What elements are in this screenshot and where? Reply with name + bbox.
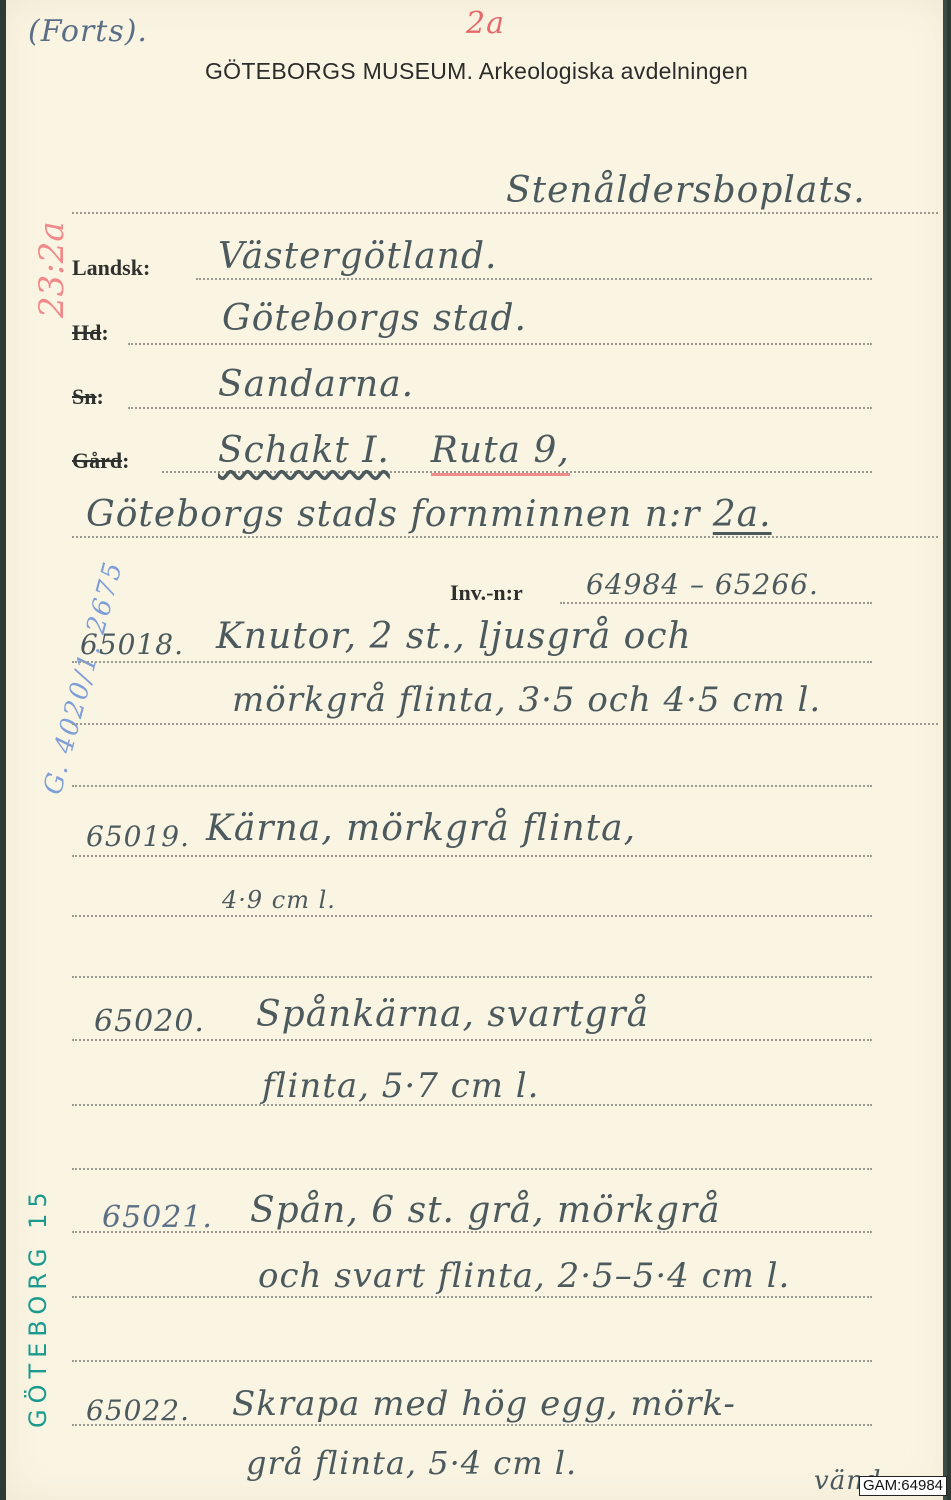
entry-line: Spån, 6 st. grå, mörkgrå bbox=[250, 1190, 721, 1231]
dotted-line bbox=[128, 407, 872, 409]
side-blue-note: G. 4020/1. 2675 bbox=[38, 558, 129, 798]
dotted-line bbox=[196, 278, 872, 280]
sn-value: Sandarna. bbox=[218, 364, 414, 405]
dotted-line bbox=[72, 1296, 872, 1298]
hd-value: Göteborgs stad. bbox=[222, 298, 527, 339]
museum-header: GÖTEBORGS MUSEUM. Arkeologiska avdelning… bbox=[6, 58, 947, 85]
dotted-line bbox=[72, 536, 938, 538]
entry-line: Spånkärna, svartgrå bbox=[256, 994, 649, 1035]
hd-label: Hd: bbox=[72, 320, 109, 346]
landsk-value: Västergötland. bbox=[218, 236, 497, 277]
gard-label-text: Gård bbox=[72, 448, 122, 473]
sn-label-text: Sn bbox=[72, 384, 96, 409]
entry-line: flinta, 5·7 cm l. bbox=[262, 1066, 539, 1106]
dotted-line bbox=[72, 915, 872, 917]
gard-value-schakt: Schakt I. bbox=[218, 430, 390, 471]
reference-line-number: 2a. bbox=[713, 494, 772, 535]
dotted-line bbox=[72, 1360, 872, 1362]
page-marker: 2a bbox=[466, 6, 505, 41]
dotted-line bbox=[72, 855, 872, 857]
gard-value-ruta: Ruta 9, bbox=[431, 430, 570, 476]
entry-line: Knutor, 2 st., ljusgrå och bbox=[216, 616, 692, 657]
dotted-line bbox=[72, 1424, 872, 1426]
dotted-line bbox=[72, 976, 872, 978]
city-stamp: GÖTEBORG 15 bbox=[24, 1186, 52, 1428]
dotted-line bbox=[72, 785, 872, 787]
entry-line: Skrapa med hög egg, mörk- bbox=[232, 1384, 736, 1424]
reference-line: Göteborgs stads fornminnen n:r 2a. bbox=[86, 494, 772, 535]
gard-label: Gård: bbox=[72, 448, 129, 474]
entry-number: 65020. bbox=[94, 1004, 205, 1039]
entry-line: mörkgrå flinta, 3·5 och 4·5 cm l. bbox=[232, 680, 821, 720]
inv-label: Inv.-n:r bbox=[450, 580, 523, 606]
dotted-line bbox=[72, 1039, 872, 1041]
dotted-line bbox=[72, 212, 938, 214]
entry-number: 65019. bbox=[86, 820, 190, 853]
entry-line: och svart flinta, 2·5–5·4 cm l. bbox=[258, 1256, 790, 1296]
dotted-line bbox=[560, 602, 872, 604]
dotted-line bbox=[128, 343, 872, 345]
entry-line: 4·9 cm l. bbox=[222, 886, 336, 914]
gard-value: Schakt I. Ruta 9, bbox=[218, 430, 570, 471]
entry-line: grå flinta, 5·4 cm l. bbox=[246, 1444, 577, 1482]
dotted-line bbox=[72, 1168, 872, 1170]
card-edge bbox=[943, 0, 947, 1500]
entry-number: 65022. bbox=[86, 1394, 190, 1427]
sn-label: Sn: bbox=[72, 384, 104, 410]
reference-line-text: Göteborgs stads fornminnen n:r bbox=[86, 494, 713, 535]
continuation-note: (Forts). bbox=[28, 14, 148, 49]
entry-number: 65021. bbox=[102, 1200, 213, 1235]
inv-range: 64984 – 65266. bbox=[586, 568, 819, 601]
side-red-note: 23:2a bbox=[32, 221, 72, 318]
catalog-card: (Forts). 2a GÖTEBORGS MUSEUM. Arkeologis… bbox=[6, 0, 947, 1500]
hd-label-text: Hd bbox=[72, 320, 101, 345]
dotted-line bbox=[72, 661, 872, 663]
site-type: Stenåldersboplats. bbox=[506, 170, 866, 211]
entry-line: Kärna, mörkgrå flinta, bbox=[206, 808, 636, 849]
catalog-id-label: GAM:64984 bbox=[859, 1476, 947, 1496]
dotted-line bbox=[72, 723, 938, 725]
entry-number: 65018. bbox=[80, 628, 184, 661]
landsk-label: Landsk: bbox=[72, 255, 150, 281]
